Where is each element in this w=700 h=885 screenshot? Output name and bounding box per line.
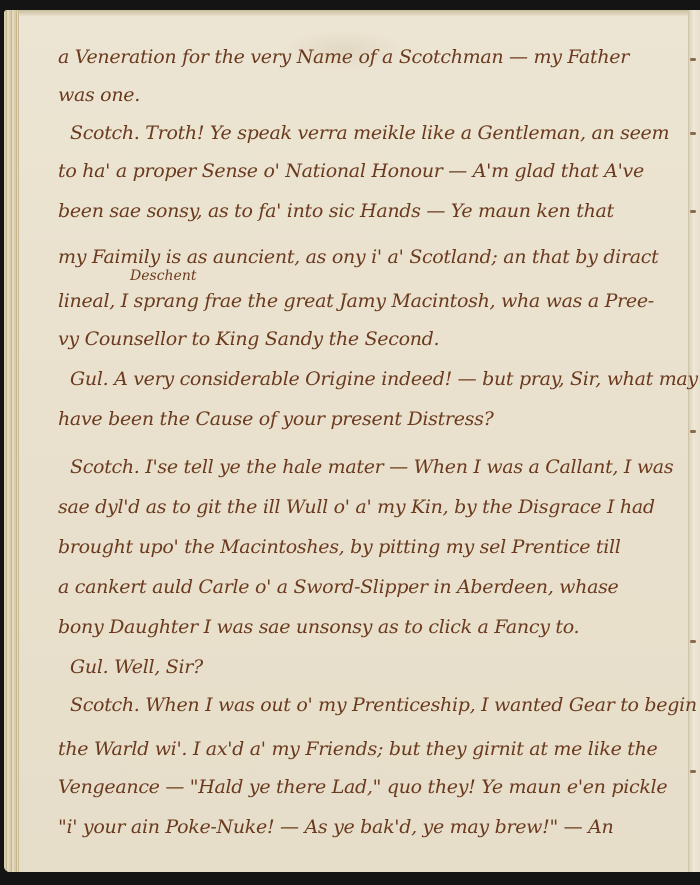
text-line-speaker-gul: Gul. Well, Sir?: [58, 656, 203, 678]
text-line-speaker-scotch: Scotch. Troth! Ye speak verra meikle lik…: [58, 122, 669, 144]
binding-stitch: [690, 430, 696, 433]
text-line-speaker-scotch: Scotch. When I was out o' my Prenticeshi…: [58, 694, 697, 716]
text-line: to ha' a proper Sense o' National Honour…: [58, 160, 644, 182]
text-body: a Veneration for the very Name of a Scot…: [58, 10, 688, 872]
interlinear-insertion: Deschent: [130, 268, 196, 284]
text-line: Vengeance — "Hald ye there Lad," quo the…: [58, 776, 667, 798]
binding-stitch: [690, 210, 696, 213]
manuscript-page: a Veneration for the very Name of a Scot…: [4, 10, 700, 872]
text-line: my Faimily is as auncient, as ony i' a' …: [58, 246, 658, 268]
text-line: bony Daughter I was sae unsonsy as to cl…: [58, 616, 579, 638]
binding-stitch: [690, 132, 696, 135]
text-line: have been the Cause of your present Dist…: [58, 408, 493, 430]
text-line: lineal, I sprang frae the great Jamy Mac…: [58, 290, 654, 312]
text-line: vy Counsellor to King Sandy the Second.: [58, 328, 439, 350]
text-line: a Veneration for the very Name of a Scot…: [58, 46, 629, 68]
text-line: was one.: [58, 84, 140, 106]
text-line: the Warld wi'. I ax'd a' my Friends; but…: [58, 738, 657, 760]
binding-fold: [688, 10, 700, 872]
text-line: sae dyl'd as to git the ill Wull o' a' m…: [58, 496, 655, 518]
binding-stitch: [690, 770, 696, 773]
binding-stitch: [690, 640, 696, 643]
text-line-speaker-scotch: Scotch. I'se tell ye the hale mater — Wh…: [58, 456, 673, 478]
page-stack-edge: [4, 10, 19, 872]
text-line: "i' your ain Poke-Nuke! — As ye bak'd, y…: [58, 816, 613, 838]
text-line: brought upo' the Macintoshes, by pitting…: [58, 536, 621, 558]
binding-stitch: [690, 58, 696, 61]
text-line: been sae sonsy, as to fa' into sic Hands…: [58, 200, 614, 222]
scan-frame: a Veneration for the very Name of a Scot…: [0, 0, 700, 885]
text-line-speaker-gul: Gul. A very considerable Origine indeed!…: [58, 368, 698, 390]
text-line: a cankert auld Carle o' a Sword-Slipper …: [58, 576, 619, 598]
